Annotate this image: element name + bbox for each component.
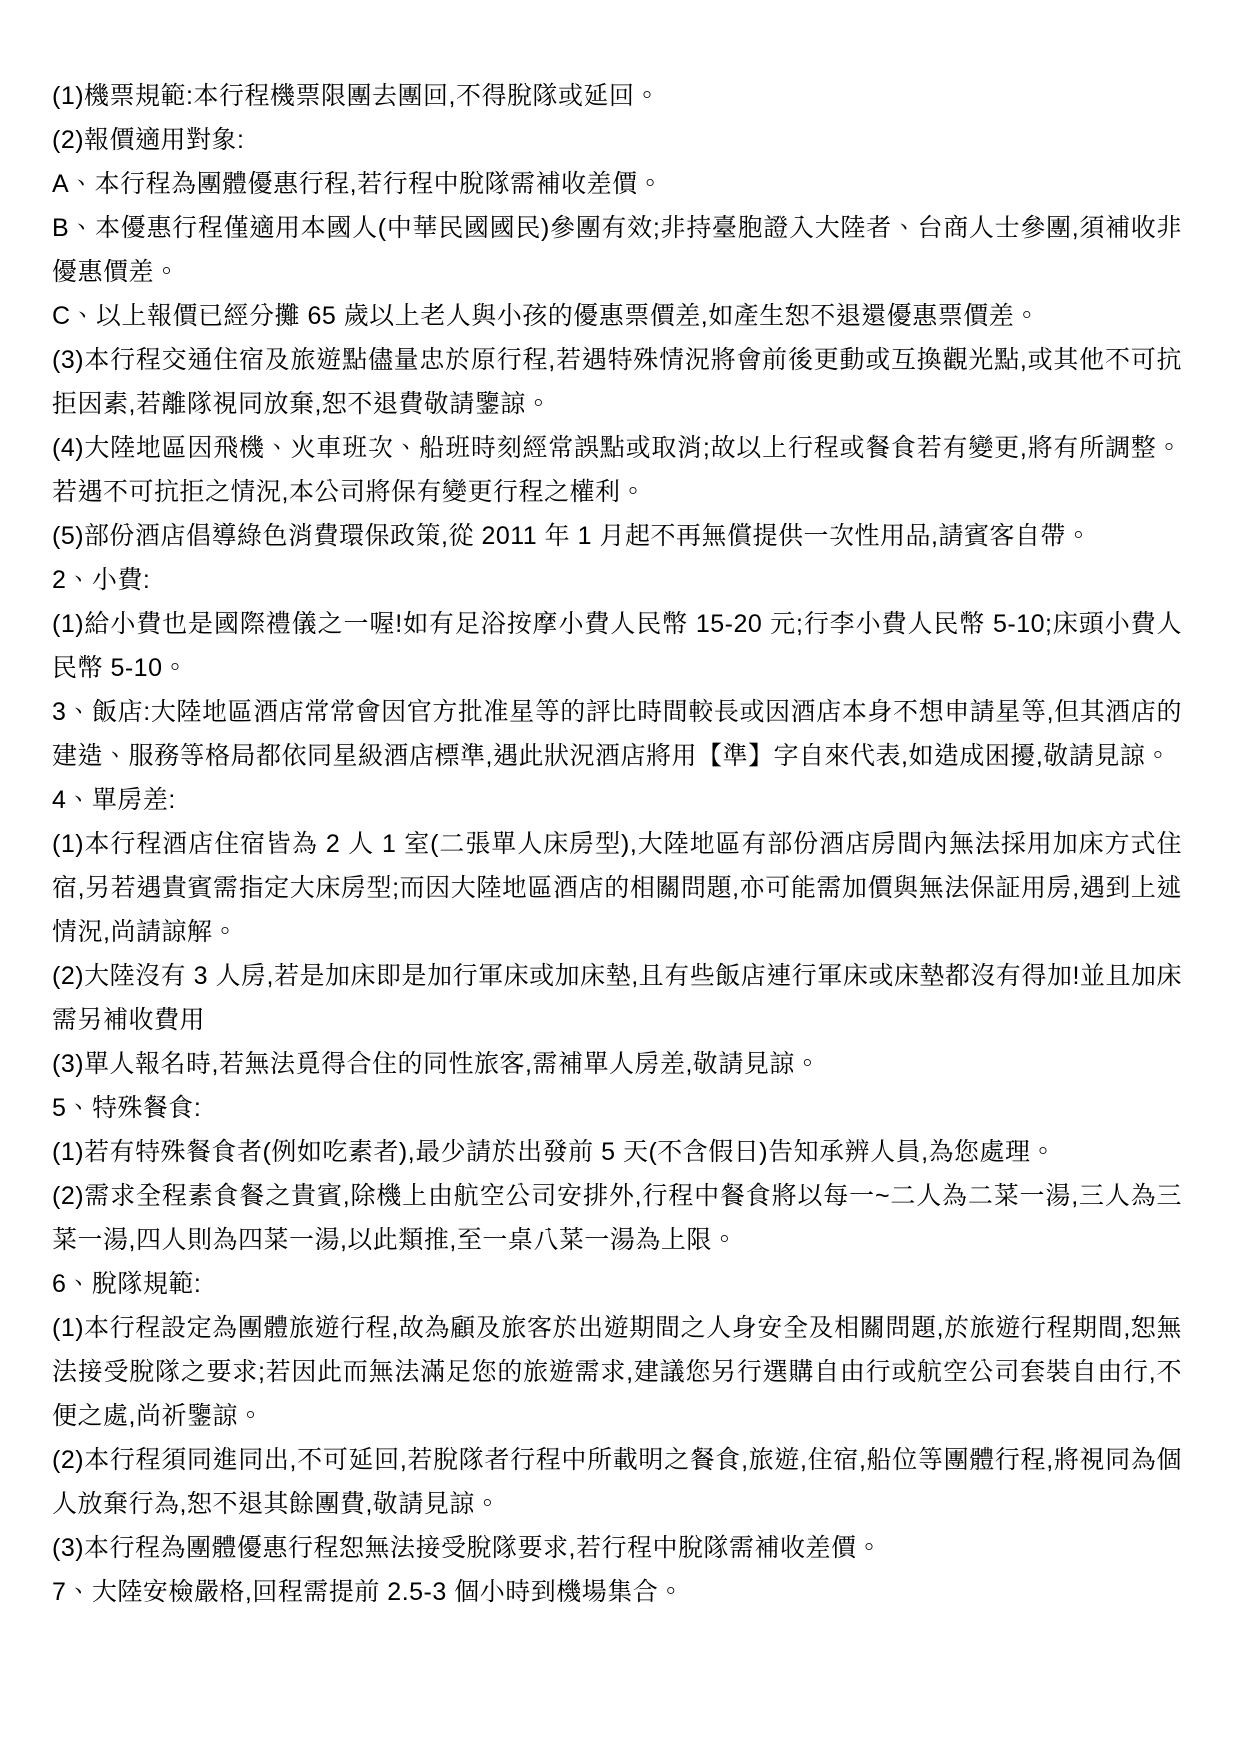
para-itinerary-changes: (3)本行程交通住宿及旅遊點儘量忠於原行程,若遇特殊情況將會前後更動或互換觀光點… xyxy=(52,338,1182,426)
para-ticket-rules: (1)機票規範:本行程機票限團去團回,不得脫隊或延回。 xyxy=(52,74,1182,118)
para-transport-delays: (4)大陸地區因飛機、火車班次、船班時刻經常誤點或取消;故以上行程或餐食若有變更… xyxy=(52,426,1182,514)
para-single-room-3: (3)單人報名時,若無法覓得合住的同性旅客,需補單人房差,敬請見諒。 xyxy=(52,1042,1182,1086)
document-page: (1)機票規範:本行程機票限團去團回,不得脫隊或延回。 (2)報價適用對象: A… xyxy=(0,0,1240,1755)
para-quote-item-a: A、本行程為團體優惠行程,若行程中脫隊需補收差價。 xyxy=(52,162,1182,206)
para-single-room-1: (1)本行程酒店住宿皆為 2 人 1 室(二張單人床房型),大陸地區有部份酒店房… xyxy=(52,822,1182,954)
para-quote-applicability: (2)報價適用對象: xyxy=(52,118,1182,162)
para-special-meals-2: (2)需求全程素食餐之貴賓,除機上由航空公司安排外,行程中餐食將以每一~二人為二… xyxy=(52,1174,1182,1262)
para-hotel-green-policy: (5)部份酒店倡導綠色消費環保政策,從 2011 年 1 月起不再無償提供一次性… xyxy=(52,514,1182,558)
para-special-meals-1: (1)若有特殊餐食者(例如吃素者),最少請於出發前 5 天(不含假日)告知承辨人… xyxy=(52,1130,1182,1174)
para-single-room-2: (2)大陸沒有 3 人房,若是加床即是加行軍床或加床墊,且有些飯店連行軍床或床墊… xyxy=(52,954,1182,1042)
para-leave-group-2: (2)本行程須同進同出,不可延回,若脫隊者行程中所載明之餐食,旅遊,住宿,船位等… xyxy=(52,1438,1182,1526)
heading-single-room-diff: 4、單房差: xyxy=(52,778,1182,822)
para-airport-security: 7、大陸安檢嚴格,回程需提前 2.5-3 個小時到機場集合。 xyxy=(52,1570,1182,1614)
heading-tips: 2、小費: xyxy=(52,558,1182,602)
para-hotel-star-rating: 3、飯店:大陸地區酒店常常會因官方批准星等的評比時間較長或因酒店本身不想申請星等… xyxy=(52,690,1182,778)
heading-leave-group-rules: 6、脫隊規範: xyxy=(52,1262,1182,1306)
para-tips-detail: (1)給小費也是國際禮儀之一喔!如有足浴按摩小費人民幣 15-20 元;行李小費… xyxy=(52,602,1182,690)
para-leave-group-1: (1)本行程設定為團體旅遊行程,故為顧及旅客於出遊期間之人身安全及相關問題,於旅… xyxy=(52,1306,1182,1438)
para-leave-group-3: (3)本行程為團體優惠行程恕無法接受脫隊要求,若行程中脫隊需補收差價。 xyxy=(52,1526,1182,1570)
heading-special-meals: 5、特殊餐食: xyxy=(52,1086,1182,1130)
para-quote-item-b: B、本優惠行程僅適用本國人(中華民國國民)參團有效;非持臺胞證入大陸者、台商人士… xyxy=(52,206,1182,294)
para-quote-item-c: C、以上報價已經分攤 65 歲以上老人與小孩的優惠票價差,如產生恕不退還優惠票價… xyxy=(52,294,1182,338)
